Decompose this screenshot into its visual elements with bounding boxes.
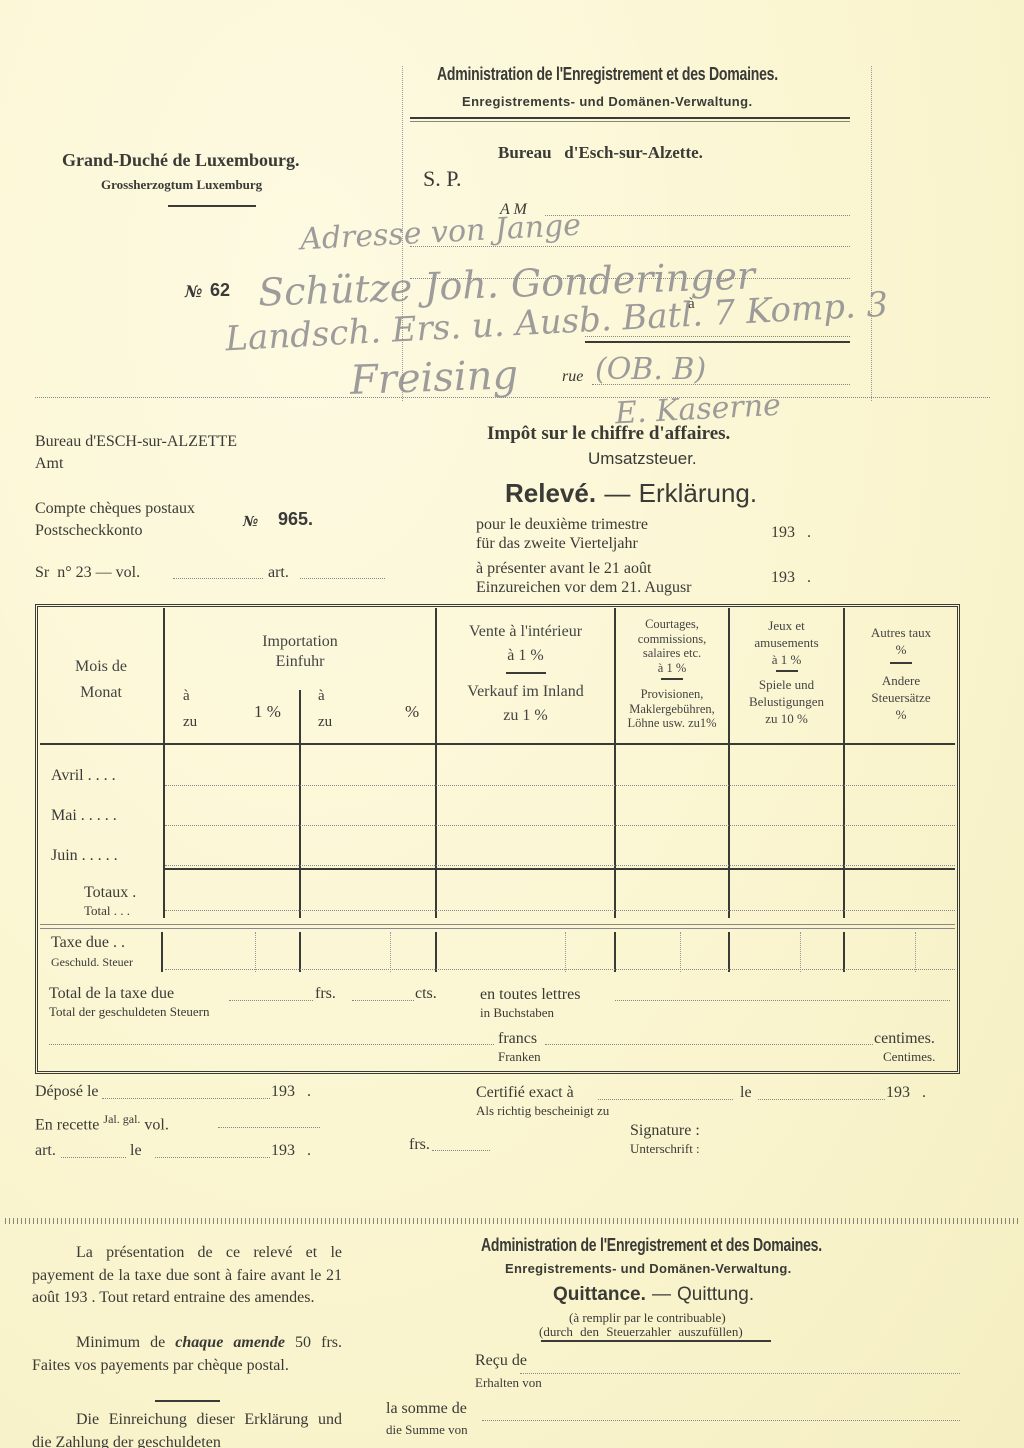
col-autres-fr: Autres taux: [845, 624, 957, 641]
quittance-title-de: Quittung.: [677, 1284, 754, 1305]
col-month-de: Monat: [40, 680, 162, 706]
handwriting-line-4: Freising: [349, 352, 519, 404]
col-courtage-header: Courtages, commissions, salaires etc. à …: [616, 617, 728, 731]
period-de: für das zweite Vierteljahr: [476, 535, 638, 553]
taxe-sub-2: [390, 932, 391, 972]
total-cts-field[interactable]: [352, 1000, 414, 1001]
col-vente-rate-de: zu 1 %: [437, 704, 614, 728]
quittance-admin-subtitle: Enregistrements- und Domänen-Verwaltung.: [505, 1261, 792, 1276]
francs-label: francs: [498, 1030, 537, 1048]
col-jeux-rate-fr: à 1 %: [730, 651, 843, 668]
col-jeux-rule: [776, 670, 798, 672]
frs-label: frs.: [315, 985, 336, 1003]
col-vente-rule: [506, 672, 546, 674]
col-vente-de: Verkauf im Inland: [437, 680, 614, 704]
address-panel-right-border: [871, 66, 872, 401]
sp-label: S. P.: [423, 166, 462, 192]
signature-fr: Signature :: [630, 1122, 700, 1140]
row-mai-line[interactable]: [165, 825, 955, 826]
admin-subtitle: Enregistrements- und Domänen-Verwaltung.: [462, 94, 753, 109]
notice-text: La présentation de ce relevé et le payem…: [32, 1242, 342, 1310]
taxe-sub-5: [800, 932, 801, 972]
taxe-sub-6: [915, 932, 916, 972]
deadline-fr: à présenter avant le 21 août: [476, 560, 651, 578]
notice-fine: Minimum de chaque amende 50 frs. Faites …: [32, 1332, 342, 1377]
tax-subtitle: Umsatzsteuer.: [588, 449, 697, 469]
import-rate-1: 1 %: [254, 702, 281, 722]
col-import-header: Importation Einfuhr: [165, 632, 435, 672]
recette-field[interactable]: [218, 1127, 320, 1128]
col-jeux-rate-de: zu 10 %: [730, 710, 843, 727]
import-a-1: à: [183, 688, 190, 705]
centimes-field[interactable]: [545, 1044, 873, 1045]
taxe-divider-4: [614, 932, 616, 972]
recu-field[interactable]: [520, 1373, 960, 1374]
address-underline: [585, 341, 850, 343]
cts-label: cts.: [415, 985, 437, 1003]
quittance-admin-title: Administration de l'Enregistrement et de…: [481, 1235, 822, 1256]
taxe-divider-2: [299, 932, 301, 972]
taxe-divider-3: [435, 932, 437, 972]
recette-label: En recette Jal. gal. vol.: [35, 1112, 169, 1134]
frs-footer-field[interactable]: [432, 1150, 490, 1151]
row-total-line[interactable]: [165, 910, 955, 911]
lettres-fr: en toutes lettres: [480, 986, 580, 1004]
rue-label: rue: [562, 368, 583, 386]
period-year: 193 .: [771, 524, 811, 542]
taxe-top-line: [40, 924, 955, 925]
releve-fr: Relevé.: [505, 478, 596, 508]
depose-label: Déposé le: [35, 1083, 99, 1101]
total-frs-field[interactable]: [229, 1000, 313, 1001]
art-label: art.: [268, 564, 289, 582]
releve-de: Erklärung.: [639, 478, 758, 508]
row-taxe-line[interactable]: [165, 969, 955, 970]
col-import-fr: Importation: [165, 632, 435, 652]
handwriting-line-1: Adresse von Jange: [299, 208, 582, 258]
col-court-de3: Löhne usw. zu1%: [616, 716, 728, 731]
col-autres-rule: [890, 662, 912, 664]
centimes-label: centimes.: [874, 1030, 935, 1048]
row-label-avril: Avril . . . .: [51, 767, 116, 785]
col-month-header: Mois de Monat: [40, 654, 162, 706]
notice-divider: [155, 1400, 220, 1402]
certifie-de: Als richtig bescheinigt zu: [476, 1103, 609, 1119]
country-subtitle: Grossherzogtum Luxemburg: [101, 177, 262, 193]
certifie-le-field[interactable]: [758, 1099, 885, 1100]
certifie-le: le: [740, 1084, 752, 1102]
deadline-year: 193 .: [771, 569, 811, 587]
row-label-mai: Mai . . . . .: [51, 807, 117, 825]
ser-label: Sr n° 23 — vol.: [35, 564, 140, 582]
col-court-de1: Provisionen,: [616, 687, 728, 702]
import-a-2: à: [318, 688, 325, 705]
col-vente-header: Vente à l'intérieur à 1 % Verkauf im Inl…: [437, 620, 614, 728]
totals-top-line: [165, 868, 955, 870]
import-zu-2: zu: [318, 714, 332, 731]
col-jeux-de2: Belustigungen: [730, 693, 843, 710]
country-underline: [168, 205, 256, 207]
period-fr: pour le deuxième trimestre: [476, 516, 648, 534]
col-court-rule: [661, 678, 683, 680]
franken-label: Franken: [498, 1049, 541, 1065]
quittance-note-underline: [541, 1340, 771, 1342]
frs-footer-label: frs.: [409, 1136, 430, 1154]
art-year: 193 .: [271, 1142, 311, 1160]
col-court-de2: Maklergebühren,: [616, 702, 728, 717]
notice-p2-emphasis: chaque amende: [175, 1334, 285, 1351]
releve-title: Relevé. — Erklärung.: [505, 478, 757, 509]
notice-p2a: Minimum de: [76, 1334, 175, 1351]
col-jeux-de1: Spiele und: [730, 676, 843, 693]
art-le-label: le: [130, 1142, 142, 1160]
import-rate-2: %: [405, 702, 419, 722]
bureau-info: Bureau d'ESCH-sur-ALZETTE: [35, 433, 237, 451]
quittance-note-de: (durch den Steuerzahler auszufüllen): [539, 1324, 743, 1340]
total-taxe-de: Total der geschuldeten Steuern: [49, 1004, 209, 1020]
depose-year: 193 .: [271, 1083, 311, 1101]
col-jeux-header: Jeux et amusements à 1 % Spiele und Belu…: [730, 617, 843, 727]
col-autres-rate-fr: %: [845, 641, 957, 658]
taxe-divider-1: [161, 932, 163, 972]
row-label-taxe: Taxe due . .: [51, 934, 125, 952]
handwriting-line-5: (OB. B): [595, 352, 706, 387]
art-footer-field[interactable]: [61, 1157, 126, 1158]
number-value: 62: [210, 280, 230, 301]
row-label-total: Total . . .: [84, 903, 130, 919]
cheque-number-label: №: [243, 514, 258, 530]
col-jeux-fr2: amusements: [730, 634, 843, 651]
notice-de: Die Einreichung dieser Erklärung und die…: [32, 1409, 342, 1448]
somme-de: die Summe von: [386, 1422, 468, 1438]
cheque-label-de: Postscheckkonto: [35, 522, 143, 540]
taxe-divider-5: [728, 932, 730, 972]
row-juin-line[interactable]: [165, 865, 955, 866]
quittance-dash: —: [652, 1284, 671, 1305]
col-import-de: Einfuhr: [165, 652, 435, 672]
row-avril-line[interactable]: [165, 785, 955, 786]
bureau-title: Bureau d'Esch-sur-Alzette.: [498, 143, 703, 163]
header-divider-2: [410, 121, 850, 122]
recette-vol: vol.: [144, 1116, 168, 1133]
signature-de: Unterschrift :: [630, 1141, 700, 1157]
quittance-title: Quittance. — Quittung.: [553, 1283, 754, 1306]
col-court-rate-fr: à 1 %: [616, 661, 728, 676]
recette-text: En recette: [35, 1116, 99, 1133]
col-court-fr2: commissions,: [616, 632, 728, 647]
notice-p3: Die Einreichung dieser Erklärung und die…: [32, 1411, 342, 1448]
amt-label: Amt: [35, 455, 63, 473]
number-label: №: [185, 282, 202, 301]
import-zu-1: zu: [183, 714, 197, 731]
col-court-fr1: Courtages,: [616, 617, 728, 632]
col-autres-de2: Steuersätze: [845, 689, 957, 706]
quittance-title-fr: Quittance.: [553, 1284, 646, 1305]
certifie-year: 193 .: [886, 1084, 926, 1102]
depose-field[interactable]: [102, 1098, 270, 1099]
lettres-de: in Buchstaben: [480, 1005, 554, 1021]
francs-field-left[interactable]: [49, 1044, 494, 1045]
somme-field[interactable]: [482, 1420, 960, 1421]
col-vente-rate-fr: à 1 %: [437, 644, 614, 668]
art-field[interactable]: [300, 578, 385, 579]
releve-dash: —: [604, 478, 630, 508]
vol-field[interactable]: [173, 578, 263, 579]
perforation-line: [5, 1218, 1019, 1224]
cheque-number: 965.: [278, 509, 313, 530]
taxe-sub-1: [255, 932, 256, 972]
header-divider: [410, 117, 850, 119]
country-title: Grand-Duché de Luxembourg.: [62, 150, 300, 171]
col-divider-import: [299, 690, 301, 918]
col-jeux-fr1: Jeux et: [730, 617, 843, 634]
col-month-fr: Mois de: [40, 654, 162, 680]
art-footer-label: art.: [35, 1142, 56, 1160]
deadline-de: Einzureichen vor dem 21. Augusr: [476, 579, 692, 597]
address-line-1[interactable]: [545, 215, 850, 216]
recu-de: Erhalten von: [475, 1375, 542, 1391]
taxe-top-line-2: [40, 928, 955, 929]
row-label-steuer: Geschuld. Steuer: [51, 955, 133, 970]
certifie-field[interactable]: [598, 1099, 733, 1100]
certifie-fr: Certifié exact à: [476, 1084, 574, 1102]
col-autres-rate-de: %: [845, 706, 957, 723]
col-autres-de1: Andere: [845, 672, 957, 689]
centimes-de-label: Centimes.: [883, 1049, 935, 1065]
row-label-totaux: Totaux .: [84, 884, 136, 902]
somme-fr: la somme de: [386, 1400, 467, 1418]
notice-p1: La présentation de ce relevé et le payem…: [32, 1244, 342, 1306]
total-taxe-fr: Total de la taxe due: [49, 985, 174, 1003]
tax-title: Impôt sur le chiffre d'affaires.: [487, 423, 730, 445]
recu-fr: Reçu de: [475, 1352, 527, 1370]
taxe-divider-6: [843, 932, 845, 972]
col-autres-header: Autres taux % Andere Steuersätze %: [845, 624, 957, 723]
cheque-label-fr: Compte chèques postaux: [35, 500, 195, 518]
recette-sup: Jal. gal.: [103, 1112, 140, 1126]
header-bottom-line: [40, 743, 955, 745]
art-le-field[interactable]: [155, 1157, 270, 1158]
taxe-sub-3: [565, 932, 566, 972]
row-label-juin: Juin . . . . .: [51, 847, 118, 865]
lettres-field[interactable]: [615, 1000, 950, 1001]
admin-title: Administration de l'Enregistrement et de…: [437, 64, 778, 85]
col-court-fr3: salaires etc.: [616, 646, 728, 661]
taxe-sub-4: [680, 932, 681, 972]
col-vente-fr: Vente à l'intérieur: [437, 620, 614, 644]
